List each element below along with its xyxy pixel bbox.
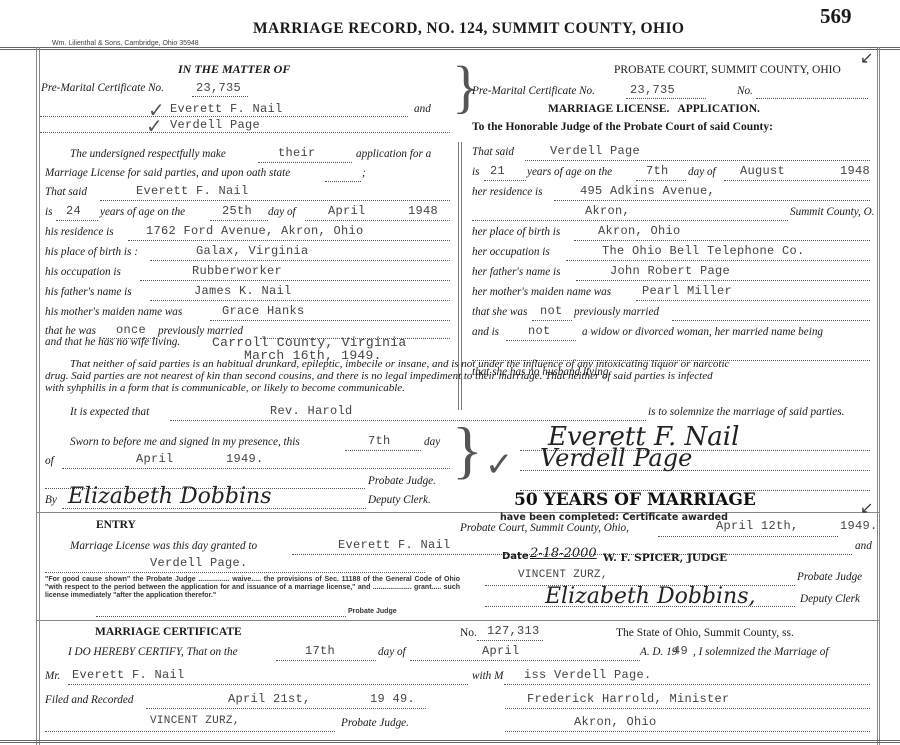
groom-father: James K. Nail [194, 284, 292, 298]
bride-name: Verdell Page [550, 144, 640, 158]
stamp-judge: W. F. SPICER, JUDGE [603, 552, 727, 564]
bride-father: John Robert Page [610, 264, 730, 278]
bride-prev-label2: previously married [574, 306, 659, 318]
certificate-solemnized-label: , I solemnized the Marriage of [693, 646, 828, 658]
party2-name: Verdell Page [170, 118, 260, 132]
groom-is-label: is [45, 206, 52, 218]
groom-day: 25th [222, 204, 252, 218]
sworn-day-label: day [424, 436, 440, 448]
bride-father-label: her father's name is [472, 266, 560, 278]
groom-father-label: his father's name is [45, 286, 132, 298]
entry-clerk-signature: Elizabeth Dobbins, [545, 584, 755, 609]
entry-granted-label: Marriage License was this day granted to [70, 540, 257, 552]
left-border [36, 47, 40, 745]
certificate-day: 17th [305, 644, 335, 658]
groom-mother-label: his mother's maiden name was [45, 306, 182, 318]
bride-day-of-label: day of [688, 166, 716, 178]
matter-heading: IN THE MATTER OF [178, 62, 290, 77]
stamp-date-label: Date [502, 551, 529, 562]
bride-that-said-label: That said [472, 146, 514, 158]
party1-name: Everett F. Nail [170, 102, 283, 116]
groom-occupation: Rubberworker [192, 264, 282, 278]
entry-granted-to2: Verdell Page. [150, 556, 248, 570]
entry-granted-to1: Everett F. Nail [338, 538, 451, 552]
groom-birth: Galax, Virginia [196, 244, 309, 258]
brace-signatures: } [452, 418, 483, 482]
entry-court-label: Probate Court, Summit County, Ohio, [460, 522, 629, 534]
groom-years-label: years of age on the [100, 206, 185, 218]
premarital-line-right [626, 98, 706, 99]
sworn-clerk-signature: Elizabeth Dobbins [68, 484, 272, 509]
certificate-state: The State of Ohio, Summit County, ss. [616, 627, 794, 639]
certificate-minister: Frederick Harrold, Minister [527, 692, 730, 706]
entry-heading: ENTRY [96, 519, 136, 531]
sworn-month: April [136, 452, 174, 466]
filed-year: 19 49. [370, 692, 415, 706]
waiver-judge-label: Probate Judge [348, 608, 397, 616]
bride-residence1: 495 Adkins Avenue, [580, 184, 715, 198]
sworn-clerk-label: Deputy Clerk. [368, 494, 431, 506]
certificate-bride: iss Verdell Page. [524, 668, 652, 682]
certificate-groom: Everett F. Nail [72, 668, 185, 682]
intro-value: their [278, 146, 316, 160]
groom-residence: 1762 Ford Avenue, Akron, Ohio [146, 224, 364, 238]
officiant-label2: is to solemnize the marriage of said par… [648, 406, 844, 418]
filed-date: April 21st, [228, 692, 311, 706]
sworn-label: Sworn to before me and signed in my pres… [70, 436, 300, 448]
court-heading: PROBATE COURT, SUMMIT COUNTY, OHIO [614, 64, 841, 76]
record-title: MARRIAGE RECORD, NO. 124, SUMMIT COUNTY,… [253, 20, 684, 38]
groom-mother: Grace Hanks [222, 304, 305, 318]
bottom-rule [0, 740, 900, 743]
certificate-city: Akron, Ohio [574, 715, 657, 729]
groom-birth-label: his place of birth is : [45, 246, 138, 258]
entry-judge-label: Probate Judge [797, 571, 862, 583]
entry-court-date: April 12th, [716, 519, 799, 533]
certificate-ad-label: A. D. 19 [640, 646, 677, 658]
bride-prev-label1: that she was [472, 306, 527, 318]
bride-residence2: Akron, [585, 204, 630, 218]
bride-mother-label: her mother's maiden name was [472, 286, 611, 298]
groom-that-said-label: That said [45, 186, 87, 198]
bride-year: 1948 [840, 164, 870, 178]
stamp-date: 2-18-2000 [530, 546, 597, 561]
groom-occupation-label: his occupation is [45, 266, 121, 278]
entry-and-label: and [855, 540, 872, 552]
entry-rule [36, 512, 879, 513]
to-judge-heading: To the Honorable Judge of the Probate Co… [472, 121, 773, 133]
groom-year: 1948 [408, 204, 438, 218]
certificate-year: 49 [673, 644, 688, 658]
no-line-right [756, 98, 868, 99]
corner-check-icon: ↙ [860, 48, 873, 68]
license-title: MARRIAGE LICENSE. APPLICATION. [548, 103, 760, 115]
bride-age: 21 [490, 164, 505, 178]
bride-occupation: The Ohio Bell Telephone Co. [602, 244, 805, 258]
bride-widow-label1: and is [472, 326, 499, 338]
entry-court-year: 1949. [840, 519, 878, 533]
bride-day: 7th [646, 164, 669, 178]
groom-no-wife: and that he has no wife living. [45, 336, 180, 348]
declaration-line3: with syhphilis in a form that is communi… [45, 382, 405, 394]
and-label: and [414, 103, 431, 115]
printer-imprint: Wm. Lilienthal & Sons, Cambridge, Ohio 3… [52, 40, 199, 47]
bride-is-label: is [472, 166, 479, 178]
bride-mother: Pearl Miller [642, 284, 732, 298]
premarital-line-left [192, 96, 248, 97]
entry-judge: VINCENT ZURZ, [518, 569, 608, 581]
semicolon: ; [362, 167, 366, 179]
bride-widow-label2: a widow or divorced woman, her married n… [582, 326, 823, 338]
right-border [877, 47, 880, 745]
certificate-no: 127,313 [487, 624, 540, 638]
sworn-year: 1949. [226, 452, 264, 466]
certify-label: I DO HEREBY CERTIFY, That on the [68, 646, 238, 658]
premarital-no-left: 23,735 [196, 81, 241, 95]
bride-occupation-label: her occupation is [472, 246, 550, 258]
bride-widow-value: not [528, 324, 551, 338]
premarital-no-right: 23,735 [630, 83, 675, 97]
declaration-line2: drug. Said parties are not nearest of ki… [45, 370, 713, 382]
groom-age: 24 [66, 204, 81, 218]
certificate-rule [36, 620, 879, 621]
waiver-text: "For good cause shown" the Probate Judge… [45, 576, 460, 600]
party2-line [40, 132, 450, 133]
filed-label: Filed and Recorded [45, 694, 133, 706]
bride-birth: Akron, Ohio [598, 224, 681, 238]
checkmark-icon: ✓ [146, 114, 163, 138]
bride-month: August [740, 164, 785, 178]
stamp-title: 50 YEARS OF MARRIAGE [514, 490, 756, 510]
sworn-by-label: By [45, 494, 57, 506]
page-number: 569 [820, 4, 852, 29]
checkmark-icon: ✓ [485, 445, 514, 485]
groom-residence-label: his residence is [45, 226, 114, 238]
groom-name: Everett F. Nail [136, 184, 249, 198]
officiant-label1: It is expected that [70, 406, 149, 418]
intro-part1: The undersigned respectfully make [70, 148, 226, 160]
sworn-judge-label: Probate Judge. [368, 475, 436, 487]
bride-birth-label: her place of birth is [472, 226, 560, 238]
intro-part3: Marriage License for said parties, and u… [45, 167, 290, 179]
certificate-judge-label: Probate Judge. [341, 717, 409, 729]
premarital-label-left: Pre-Marital Certificate No. [41, 82, 164, 94]
bride-signature: Verdell Page [540, 444, 692, 472]
certificate-heading: MARRIAGE CERTIFICATE [95, 626, 242, 638]
no-label-right: No. [737, 85, 753, 97]
entry-check-icon: ↙ [860, 498, 873, 518]
groom-day-of-label: day of [268, 206, 296, 218]
groom-month: April [328, 204, 366, 218]
sworn-day: 7th [368, 434, 391, 448]
certificate-month: April [482, 644, 520, 658]
bride-residence-label: her residence is [472, 186, 542, 198]
entry-clerk-label: Deputy Clerk [800, 593, 860, 605]
declaration-line1: That neither of said parties is an habit… [70, 358, 729, 370]
premarital-label-right: Pre-Marital Certificate No. [472, 85, 595, 97]
bride-years-label: years of age on the [527, 166, 612, 178]
sworn-of-label: of [45, 455, 54, 467]
certificate-mr-label: Mr. [45, 670, 60, 682]
bride-prev-value: not [540, 304, 563, 318]
certificate-day-of-label: day of [378, 646, 406, 658]
bride-county: Summit County, O. [790, 206, 875, 218]
intro-part2: application for a [356, 148, 431, 160]
certificate-no-label: No. [460, 627, 477, 639]
top-rule [0, 47, 900, 50]
certificate-judge: VINCENT ZURZ, [150, 715, 240, 727]
party1-line [40, 116, 408, 117]
certificate-with-label: with M [472, 670, 503, 682]
officiant-name: Rev. Harold [270, 404, 353, 418]
groom-prev-value: once [116, 323, 146, 337]
